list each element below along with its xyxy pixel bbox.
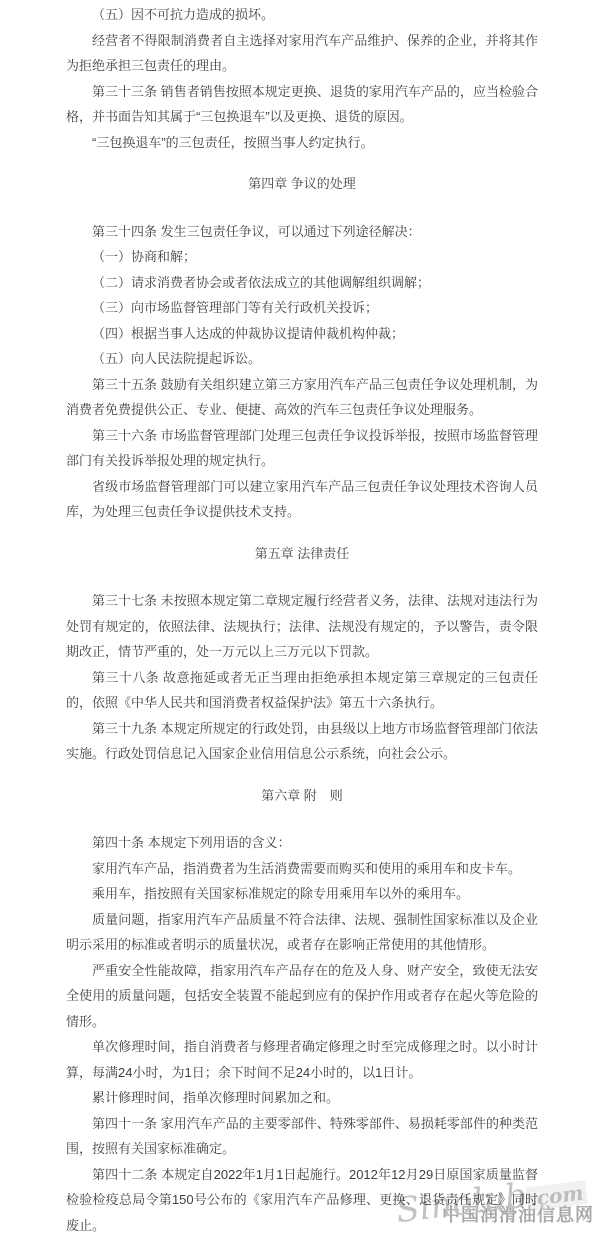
paragraph: 单次修理时间，指自消费者与修理者确定修理之时至完成修理之时。以小时计算，每满24… bbox=[66, 1034, 538, 1085]
paragraph: 第三十三条 销售者销售按照本规定更换、退货的家用汽车产品的，应当检验合格，并书面… bbox=[66, 79, 538, 130]
paragraph: 第三十七条 未按照本规定第二章规定履行经营者义务，法律、法规对违法行为处罚有规定… bbox=[66, 588, 538, 665]
paragraph: “三包换退车”的三包责任，按照当事人约定执行。 bbox=[66, 130, 538, 156]
paragraph: 第三十八条 故意拖延或者无正当理由拒绝承担本规定第三章规定的三包责任的，依照《中… bbox=[66, 665, 538, 716]
paragraph: 第四十一条 家用汽车产品的主要零部件、特殊零部件、易损耗零部件的种类范围，按照有… bbox=[66, 1111, 538, 1162]
chapter-title: 第五章 法律责任 bbox=[66, 541, 538, 567]
paragraph: （一）协商和解； bbox=[66, 244, 538, 270]
paragraph: 第三十五条 鼓励有关组织建立第三方家用汽车产品三包责任争议处理机制，为消费者免费… bbox=[66, 372, 538, 423]
paragraph: 经营者不得限制消费者自主选择对家用汽车产品维护、保养的企业，并将其作为拒绝承担三… bbox=[66, 28, 538, 79]
paragraph: 第三十六条 市场监督管理部门处理三包责任争议投诉举报，按照市场监督管理部门有关投… bbox=[66, 423, 538, 474]
paragraph: 家用汽车产品，指消费者为生活消费需要而购买和使用的乘用车和皮卡车。 bbox=[66, 856, 538, 882]
chapter-title: 第六章 附 则 bbox=[66, 783, 538, 809]
paragraph: 严重安全性能故障，指家用汽车产品存在的危及人身、财产安全，致使无法安全使用的质量… bbox=[66, 958, 538, 1035]
paragraph: 第四十二条 本规定自2022年1月1日起施行。2012年12月29日原国家质量监… bbox=[66, 1162, 538, 1238]
paragraph: （五）向人民法院提起诉讼。 bbox=[66, 346, 538, 372]
paragraph: 乘用车，指按照有关国家标准规定的除专用乘用车以外的乘用车。 bbox=[66, 881, 538, 907]
paragraph: 第三十九条 本规定所规定的行政处罚，由县级以上地方市场监督管理部门依法实施。行政… bbox=[66, 716, 538, 767]
paragraph: 省级市场监督管理部门可以建立家用汽车产品三包责任争议处理技术咨询人员库，为处理三… bbox=[66, 474, 538, 525]
paragraph: 质量问题，指家用汽车产品质量不符合法律、法规、强制性国家标准以及企业明示采用的标… bbox=[66, 907, 538, 958]
paragraph: 第四十条 本规定下列用语的含义： bbox=[66, 830, 538, 856]
regulation-body: （五）因不可抗力造成的损坏。经营者不得限制消费者自主选择对家用汽车产品维护、保养… bbox=[66, 0, 538, 1238]
paragraph: （三）向市场监督管理部门等有关行政机关投诉； bbox=[66, 295, 538, 321]
paragraph: （二）请求消费者协会或者依法成立的其他调解组织调解； bbox=[66, 270, 538, 296]
paragraph: （四）根据当事人达成的仲裁协议提请仲裁机构仲裁； bbox=[66, 321, 538, 347]
paragraph: 累计修理时间，指单次修理时间累加之和。 bbox=[66, 1085, 538, 1111]
document-page: （五）因不可抗力造成的损坏。经营者不得限制消费者自主选择对家用汽车产品维护、保养… bbox=[0, 0, 600, 1238]
paragraph: 第三十四条 发生三包责任争议，可以通过下列途径解决： bbox=[66, 219, 538, 245]
paragraph: （五）因不可抗力造成的损坏。 bbox=[66, 2, 538, 28]
chapter-title: 第四章 争议的处理 bbox=[66, 171, 538, 197]
